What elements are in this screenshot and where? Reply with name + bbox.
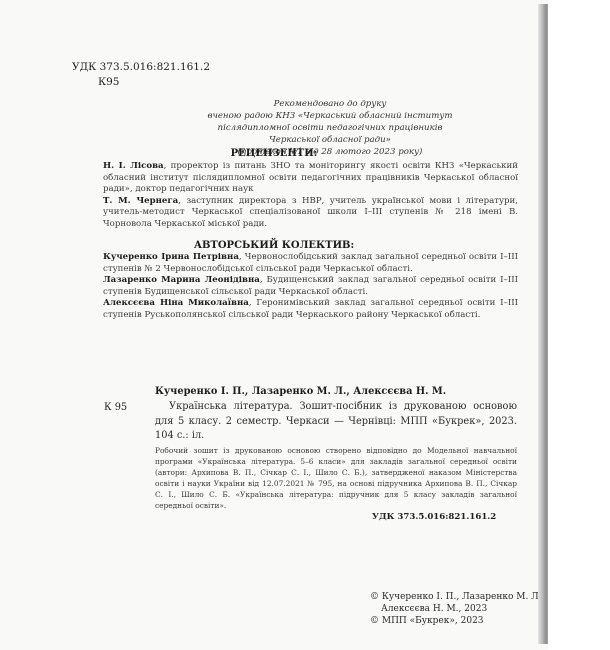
recommendation-line: вченою радою КНЗ «Черкаський обласний ін…	[180, 110, 480, 122]
copyright-block: © Кучеренко І. П., Лазаренко М. Л., Алек…	[370, 591, 544, 627]
authors-list: Кучеренко Ірина Петрівна, Червонослобідс…	[103, 252, 518, 321]
author-entry: Лазаренко Марина Леонідівна, Будищенськи…	[103, 275, 518, 298]
annotation-text: Робочий зошит із друкованою основою ство…	[155, 445, 517, 511]
recommendation-line: післядипломної освіти педагогічних праці…	[180, 122, 480, 134]
bibliographic-mark: К 95	[104, 402, 127, 413]
reviewer-name: Т. М. Чернега	[103, 196, 178, 206]
recommendation-line: Рекомендовано до друку	[180, 98, 480, 110]
udk-code-top: УДК 373.5.016:821.161.2	[72, 61, 210, 73]
reviewer-description: , проректор із питань ЗНО та моніторингу…	[103, 161, 518, 194]
author-entry: Кучеренко Ірина Петрівна, Червонослобідс…	[103, 252, 518, 275]
bibliographic-authors: Кучеренко І. П., Лазаренко М. Л., Алексє…	[155, 386, 446, 397]
udk-code-bottom: УДК 373.5.016:821.161.2	[372, 512, 496, 522]
author-name: Алексєєва Ніна Миколаївна	[103, 298, 249, 308]
reviewer-entry: Т. М. Чернега, заступник директора з НВР…	[103, 196, 518, 231]
copyright-authors-continued: Алексєєва Н. М., 2023	[370, 603, 544, 615]
bibliographic-description: Українська література. Зошит-посібник із…	[155, 400, 517, 444]
reviewer-name: Н. І. Лісова	[103, 161, 164, 171]
author-name: Лазаренко Марина Леонідівна	[103, 275, 260, 285]
copyright-publisher: © МПП «Букрек», 2023	[370, 615, 544, 627]
authors-heading: АВТОРСЬКИЙ КОЛЕКТИВ:	[0, 240, 548, 251]
recommendation-line: Черкаської обласної ради»	[180, 134, 480, 146]
reviewers-heading: РЕЦЕНЗЕНТИ:	[0, 148, 548, 159]
copyright-authors: © Кучеренко І. П., Лазаренко М. Л.,	[370, 591, 544, 603]
page-edge-shadow	[538, 4, 548, 644]
author-mark-top: К95	[98, 76, 120, 88]
reviewers-list: Н. І. Лісова, проректор із питань ЗНО та…	[103, 161, 518, 230]
author-name: Кучеренко Ірина Петрівна	[103, 252, 239, 262]
book-page: УДК 373.5.016:821.161.2 К95 Рекомендован…	[0, 0, 548, 650]
reviewer-entry: Н. І. Лісова, проректор із питань ЗНО та…	[103, 161, 518, 196]
author-entry: Алексєєва Ніна Миколаївна, Геронимівськи…	[103, 298, 518, 321]
